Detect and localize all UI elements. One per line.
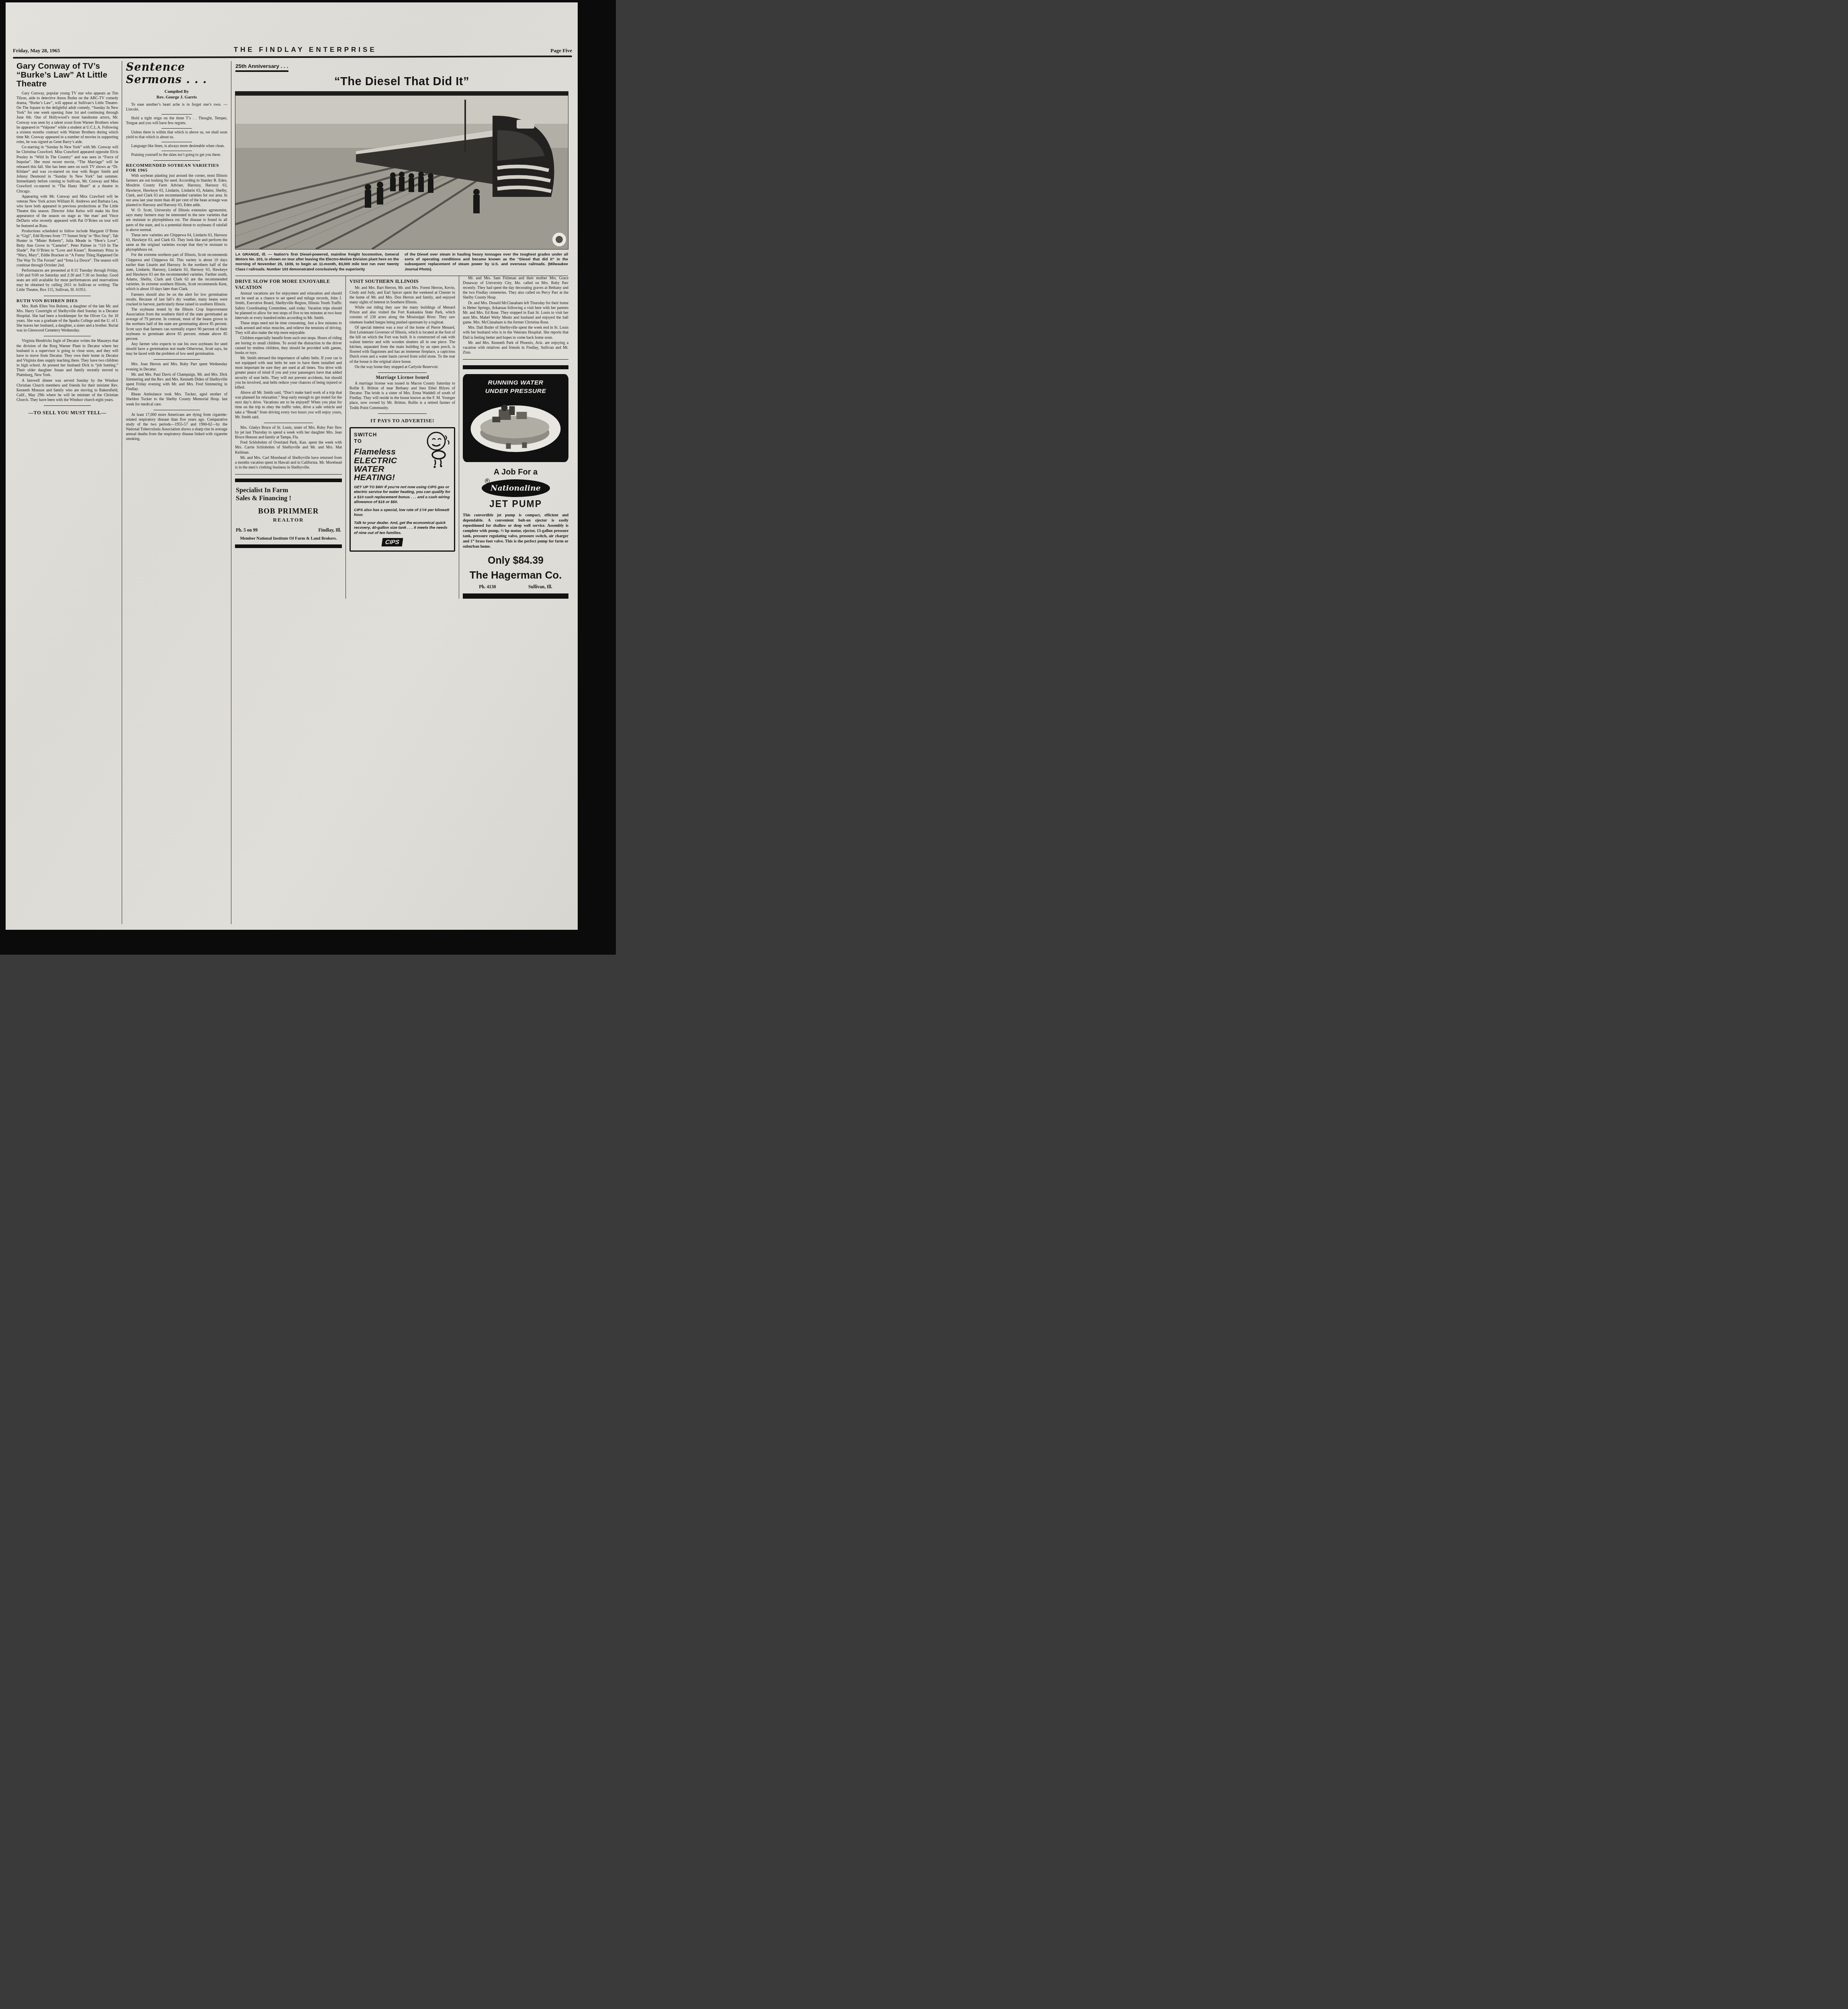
divider xyxy=(378,413,427,414)
sentence-sermons-line2: Sermons . . . xyxy=(126,74,227,86)
column-5: Mr. and Mrs. Sam Fishman and their mothe… xyxy=(459,276,572,599)
hagerman-phone: Ph. 4130 xyxy=(479,585,496,589)
social-note: Mrs. Dail Butler of Shelbyville spent th… xyxy=(463,325,568,340)
page-number: Page Five xyxy=(550,47,572,54)
sentence-sermons-title: Sentence Sermons . . . xyxy=(126,61,227,86)
divider xyxy=(153,359,200,360)
primmer-line1: Specialist In Farm xyxy=(236,486,341,494)
ruth-von-buhren-heading: RUTH VON BUHREN DIES xyxy=(16,299,118,303)
social-note: Virginia Hendricks Ingle of Decatur writ… xyxy=(16,339,118,378)
article-paragraph: Annual vacations are for enjoyment and r… xyxy=(235,291,342,321)
article-paragraph: With soybean planting just around the co… xyxy=(126,174,227,208)
article-paragraph: These stops need not be time consuming. … xyxy=(235,321,342,336)
primmer-name: BOB PRIMMER xyxy=(236,507,341,516)
locomotive-photo-illustration xyxy=(235,92,568,249)
column-4: VISIT SOUTHERN ILLINOIS Mr. and Mrs. Bar… xyxy=(345,276,459,599)
divider xyxy=(44,296,91,296)
sermon: Hold a tight reign on the three T’s . . … xyxy=(126,116,227,126)
article-paragraph: Gary Conway, popular young TV star who a… xyxy=(16,91,118,145)
obituary-paragraph: Mrs. Ruth Ellen Von Buhren, a daughter o… xyxy=(16,304,118,333)
primmer-title: REALTOR xyxy=(236,517,341,523)
column-1: Gary Conway of TV’s “Burke’s Law” At Lit… xyxy=(13,61,122,924)
divider xyxy=(44,336,91,336)
social-note: Mrs. Joan Herron and Mrs. Ruby Parr spen… xyxy=(126,362,227,372)
cips-paragraph: GET UP TO $60! If you’re not now using C… xyxy=(354,485,451,505)
social-note: Mr. and Mrs. Sam Fishman and their mothe… xyxy=(463,276,568,301)
article-paragraph: A marriage license was issued in Macon C… xyxy=(350,381,455,411)
social-note: Mr. and Mrs. Kenneth Park of Phoenix, Ar… xyxy=(463,341,568,355)
divider xyxy=(161,151,192,151)
ad-top-bar xyxy=(463,365,568,369)
article-paragraph: On the way home they stopped at Carlysle… xyxy=(350,365,455,370)
running-water-line1: RUNNING WATER xyxy=(465,379,566,387)
sermon: Language like linen, is always more desi… xyxy=(126,144,227,149)
hagerman-company: The Hagerman Co. xyxy=(463,569,568,581)
divider xyxy=(378,372,427,373)
article-paragraph: While out riding they saw the many build… xyxy=(350,305,455,325)
rule xyxy=(463,359,568,360)
article-paragraph: Mr. and Mrs. Bart Herron, Mr. and Mrs. F… xyxy=(350,286,455,305)
diesel-headline: “The Diesel That Did It” xyxy=(235,75,568,88)
social-note: A farewell dinner was served Sunday by t… xyxy=(16,378,118,403)
photo-caption: LA GRANGE, Ill. — Nation’s first Diesel-… xyxy=(235,252,568,272)
article-paragraph: Co-starring in “Sunday In New York” with… xyxy=(16,145,118,194)
drive-slow-heading: DRIVE SLOW FOR MORE ENJOYABLE VACATION xyxy=(235,278,342,290)
sermon: Unless there is within that which is abo… xyxy=(126,130,227,140)
running-water-line2: UNDER PRESSURE xyxy=(465,387,566,396)
compiler-name: Rev. George J. Garris xyxy=(126,95,227,100)
rule xyxy=(235,474,342,475)
cips-water-heating-ad: SWITCH TO Flameless ELECTRIC WATER HEATI… xyxy=(350,427,455,552)
newspaper-page: Friday, May 28, 1965 THE FINDLAY ENTERPR… xyxy=(6,2,578,930)
divider xyxy=(44,405,91,406)
pressure-tank-illustration xyxy=(465,396,566,456)
caption-right: of the Diesel over steam in hauling heav… xyxy=(405,252,568,272)
diesel-feature: 25th Anniversary . . . “The Diesel That … xyxy=(231,61,572,276)
hagerman-city: Sullivan, Ill. xyxy=(528,585,552,589)
article-paragraph: Above all Mr. Smith said, “Don’t make ha… xyxy=(235,391,342,420)
article-paragraph: For the extreme northern part of Illinoi… xyxy=(126,253,227,292)
newspaper-scan: Friday, May 28, 1965 THE FINDLAY ENTERPR… xyxy=(0,0,616,955)
running-water-ad: RUNNING WATER UNDER PRESSURE xyxy=(463,374,568,462)
jet-pump-body: This convertible jet pump is compact, ef… xyxy=(463,513,568,549)
article-paragraph: Appearing with Mr. Conway and Miss Crawf… xyxy=(16,194,118,229)
it-pays-to-advertise: IT PAYS TO ADVERTISE! xyxy=(350,418,455,424)
paper-title: THE FINDLAY ENTERPRISE xyxy=(234,46,377,54)
ad-bottom-bar xyxy=(463,593,568,599)
jet-pump-product: JET PUMP xyxy=(463,499,568,509)
cips-paragraph: CIPS also has a special, low rate of 1½¢… xyxy=(354,508,451,518)
masthead: Friday, May 28, 1965 THE FINDLAY ENTERPR… xyxy=(13,2,572,54)
article-paragraph: The soybeans tested by the Illinois Crop… xyxy=(126,307,227,342)
primmer-line2: Sales & Financing ! xyxy=(236,494,341,502)
divider xyxy=(161,114,192,115)
compiled-by-label: Compiled By xyxy=(126,89,227,94)
divider xyxy=(153,160,200,161)
cips-paragraph: Talk to your dealer. And, get the econom… xyxy=(354,521,451,536)
article-paragraph: Performances are presented at 8:15 Tuesd… xyxy=(16,268,118,293)
issue-date: Friday, May 28, 1965 xyxy=(13,47,60,54)
nationaline-logo: ® Nationaline xyxy=(482,479,550,497)
health-note: At least 17,000 more Americans are dying… xyxy=(126,413,227,442)
registered-mark-icon: ® xyxy=(485,479,490,483)
divider xyxy=(161,128,192,129)
article-paragraph: W. O. Scott, University of Illinois exte… xyxy=(126,208,227,233)
article-paragraph: Children especially benefit from such re… xyxy=(235,336,342,356)
sell-slogan: —TO SELL YOU MUST TELL— xyxy=(16,410,118,416)
divider xyxy=(264,423,313,423)
primmer-phone: Ph. 5 on 99 xyxy=(236,528,258,533)
social-note: Rheas Ambulance took Mrs. Tucker, aged m… xyxy=(126,392,227,407)
cips-brand-heating: HEATING! xyxy=(354,473,451,482)
right-region: 25th Anniversary . . . “The Diesel That … xyxy=(231,61,572,924)
social-note: Dr. and Mrs. Donald McClanaham left Thur… xyxy=(463,301,568,325)
gary-conway-headline: Gary Conway of TV’s “Burke’s Law” At Lit… xyxy=(16,62,118,88)
article-paragraph: Productions scheduled to follow include … xyxy=(16,229,118,268)
locomotive-photo xyxy=(235,92,568,249)
compiled-by: Compiled By Rev. George J. Garris xyxy=(126,89,227,100)
article-paragraph: These new varieties are Chippewa 64, Lin… xyxy=(126,233,227,253)
column-2: Sentence Sermons . . . Compiled By Rev. … xyxy=(122,61,231,924)
jet-pump-price: Only $84.39 xyxy=(463,555,568,567)
divider xyxy=(153,410,200,410)
primmer-member: Member National Institute Of Farm & Land… xyxy=(236,536,341,542)
caption-left: LA GRANGE, Ill. — Nation’s first Diesel-… xyxy=(235,252,399,272)
social-note: Mr. and Mrs. Carl Morehead of Shelbyvill… xyxy=(235,456,342,470)
sermon: Praising yourself to the skies isn’t goi… xyxy=(126,153,227,158)
divider xyxy=(161,142,192,142)
article-paragraph: Any farmer who expects to use his own so… xyxy=(126,342,227,356)
bob-primmer-ad: Specialist In Farm Sales & Financing ! B… xyxy=(235,479,342,548)
jet-pump-kicker: A Job For a xyxy=(463,468,568,477)
social-note: Fred Schlobohm of Overland Park, Kan. sp… xyxy=(235,440,342,455)
social-note: Mrs. Gladys Bruce of St. Louis, sister o… xyxy=(235,426,342,440)
cips-logo: CIPS xyxy=(382,538,403,546)
social-note: Mr. and Mrs. Paul Davis of Champaign, Mr… xyxy=(126,372,227,392)
sentence-sermons-line1: Sentence xyxy=(126,61,227,74)
article-paragraph: Farmers should also be on the alert for … xyxy=(126,293,227,307)
masthead-rule xyxy=(13,55,572,59)
sermon: To ease another’s heart ache is to forge… xyxy=(126,102,227,112)
visit-southern-illinois-heading: VISIT SOUTHERN ILLINOIS xyxy=(350,278,455,284)
primmer-city: Findlay, Ill. xyxy=(318,528,341,533)
marriage-license-heading: Marriage License Issued xyxy=(350,375,455,380)
cips-mascot-icon xyxy=(423,430,452,471)
nationaline-wordmark: Nationaline xyxy=(491,484,541,493)
anniversary-kicker: 25th Anniversary . . . xyxy=(235,63,288,72)
article-paragraph: Mr. Smith stressed the importance of saf… xyxy=(235,356,342,390)
column-3: DRIVE SLOW FOR MORE ENJOYABLE VACATION A… xyxy=(231,276,345,599)
article-paragraph: Of special interest was a tour of the ho… xyxy=(350,325,455,364)
soybean-heading: RECOMMENDED SOYBEAN VARIETIES FOR 1965 xyxy=(126,163,227,173)
